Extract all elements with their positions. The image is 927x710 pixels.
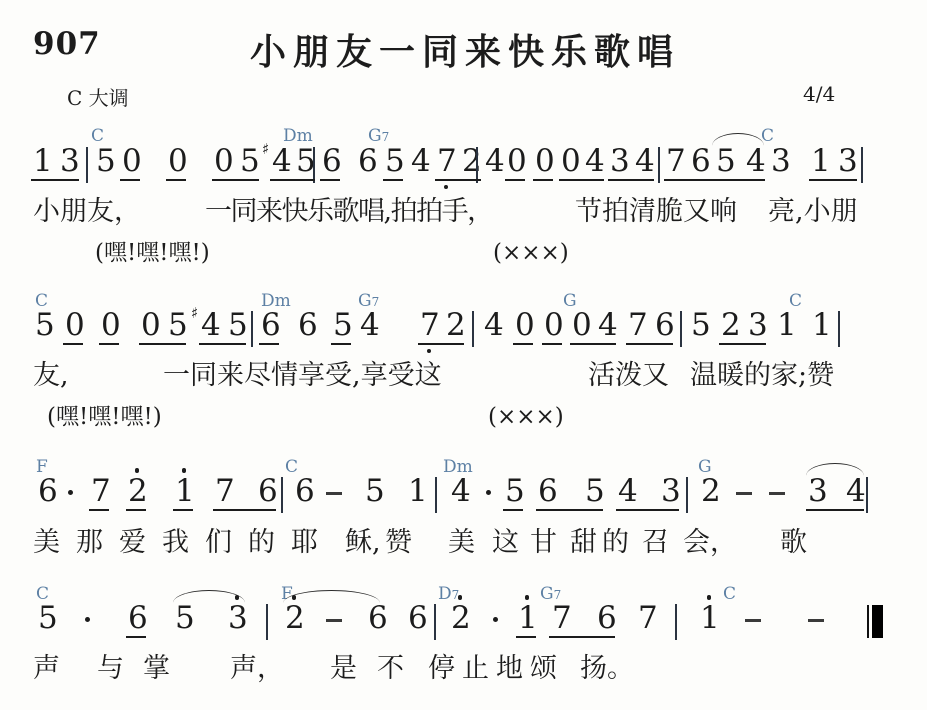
- note: 0: [141, 310, 159, 341]
- duration-dot: [68, 490, 73, 495]
- note: 4: [360, 310, 378, 341]
- lyric-syllable: 友,: [33, 361, 69, 391]
- note: 7: [215, 476, 233, 507]
- note: 2: [446, 310, 464, 341]
- barline: [686, 477, 688, 513]
- interjection-lyric: (嘿!嘿!嘿!): [47, 404, 162, 430]
- note: 1: [811, 146, 829, 177]
- barline: [476, 147, 478, 183]
- note: 7: [666, 146, 684, 177]
- note: 0: [572, 310, 590, 341]
- note: 6: [322, 146, 340, 177]
- beam-underline: [616, 509, 679, 511]
- beam-underline: [320, 179, 340, 181]
- duration-dash: [769, 492, 785, 495]
- note: 3: [748, 310, 766, 341]
- note: 3: [838, 146, 856, 177]
- beam-underline: [549, 636, 615, 638]
- barline: [86, 147, 88, 183]
- note: 2: [451, 603, 469, 634]
- sharp-accidental-icon: ♯: [191, 306, 198, 321]
- beam-underline: [559, 179, 604, 181]
- note: 7: [437, 146, 455, 177]
- note: 6: [38, 476, 56, 507]
- note: 6: [261, 310, 279, 341]
- note: 0: [544, 310, 562, 341]
- lyric-syllable: 歌: [780, 528, 807, 558]
- barline: [281, 477, 283, 513]
- note: 0: [101, 310, 119, 341]
- beam-underline: [99, 343, 119, 345]
- note: 6: [368, 603, 386, 634]
- lyric-syllable: 会，: [683, 528, 737, 558]
- lyric-syllable: 一同来快乐歌唱,拍拍手，: [205, 197, 493, 227]
- chord-seventh: 7: [382, 130, 390, 144]
- lyric-syllable: 的: [248, 528, 275, 558]
- note: 6: [128, 603, 146, 634]
- final-barline-thick: [872, 605, 883, 638]
- beam-underline: [166, 179, 186, 181]
- slur-arc: [173, 590, 245, 603]
- barline: [675, 604, 677, 640]
- interjection-lyric: (×××): [488, 404, 564, 430]
- beam-underline: [533, 179, 553, 181]
- beam-underline: [570, 343, 616, 345]
- note: 1: [812, 310, 830, 341]
- lyric-syllable: 与: [97, 654, 124, 684]
- note: 5: [35, 310, 53, 341]
- note: 3: [228, 603, 246, 634]
- note: 0: [515, 310, 533, 341]
- lyric-syllable: 们: [205, 528, 232, 558]
- note: 4: [618, 476, 636, 507]
- lyric-syllable: 颂: [530, 654, 557, 684]
- beam-underline: [435, 179, 481, 181]
- beam-underline: [89, 509, 109, 511]
- lyric-syllable: 声，: [230, 654, 284, 684]
- beam-underline: [626, 343, 673, 345]
- note: 6: [538, 476, 556, 507]
- beam-underline: [806, 509, 864, 511]
- note: 0: [507, 146, 525, 177]
- barline: [861, 147, 863, 183]
- lyric-syllable: 甘: [530, 528, 557, 558]
- beam-underline: [513, 343, 533, 345]
- note: 4: [484, 310, 502, 341]
- note: 6: [597, 603, 615, 634]
- lyric-syllable: 稣,: [345, 528, 381, 558]
- note: 4: [485, 146, 503, 177]
- barline: [313, 147, 315, 183]
- octave-dot-above: [182, 468, 187, 473]
- beam-underline: [63, 343, 83, 345]
- note: 4♯: [201, 310, 219, 341]
- octave-dot-above: [707, 595, 712, 600]
- lyric-syllable: 是: [330, 654, 357, 684]
- note: 5: [38, 603, 56, 634]
- lyric-syllable: 声: [33, 654, 60, 684]
- note: 3: [771, 146, 789, 177]
- note: 5: [365, 476, 383, 507]
- duration-dot: [486, 490, 491, 495]
- notation-area: CDmG7C13500054♯566547240004347654313小朋友，…: [0, 0, 927, 710]
- beam-underline: [608, 179, 654, 181]
- note: 2: [128, 476, 146, 507]
- note: 5: [716, 146, 734, 177]
- note: 5: [240, 146, 258, 177]
- note: 3: [610, 146, 628, 177]
- barline: [266, 604, 268, 640]
- note: 1: [518, 603, 536, 634]
- note: 4: [746, 146, 764, 177]
- lyric-syllable: 召: [642, 528, 669, 558]
- beam-underline: [418, 343, 464, 345]
- lyric-syllable: 止: [462, 654, 489, 684]
- beam-underline: [719, 343, 766, 345]
- lyric-syllable: 掌: [143, 654, 170, 684]
- lyric-syllable: 甜: [570, 528, 597, 558]
- beam-underline: [270, 179, 315, 181]
- note: 5: [585, 476, 603, 507]
- note: 4: [411, 146, 429, 177]
- beam-underline: [664, 179, 765, 181]
- beam-underline: [199, 343, 246, 345]
- note: 5: [228, 310, 246, 341]
- slur-arc: [283, 590, 380, 603]
- lyric-syllable: 温暖的家;赞: [690, 361, 834, 391]
- octave-dot-above: [135, 468, 140, 473]
- octave-dot-below: [427, 349, 432, 354]
- beam-underline: [212, 179, 259, 181]
- beam-underline: [809, 179, 857, 181]
- note: 1: [33, 146, 51, 177]
- octave-dot-below: [444, 185, 449, 190]
- note: 3: [661, 476, 679, 507]
- slur-arc: [806, 463, 864, 476]
- note: 0: [214, 146, 232, 177]
- note: 2: [285, 603, 303, 634]
- octave-dot-above: [525, 595, 530, 600]
- lyric-syllable: 亮,小朋: [768, 197, 858, 227]
- beam-underline: [31, 179, 79, 181]
- duration-dash: [745, 619, 761, 622]
- note: 4: [635, 146, 653, 177]
- duration-dash: [326, 619, 342, 622]
- note: 4: [846, 476, 864, 507]
- lyric-syllable: 爱: [119, 528, 146, 558]
- lyric-syllable: 扬。: [580, 654, 634, 684]
- beam-underline: [542, 343, 562, 345]
- note: 2: [701, 476, 719, 507]
- note: 4: [598, 310, 616, 341]
- lyric-syllable: 我: [162, 528, 189, 558]
- barline: [658, 147, 660, 183]
- note: 6: [408, 603, 426, 634]
- lyric-syllable: 节拍清脆又响: [575, 197, 737, 227]
- chord-label: C: [723, 584, 736, 604]
- note: 5: [385, 146, 403, 177]
- final-barline-thin: [867, 605, 869, 638]
- beam-underline: [536, 509, 603, 511]
- duration-dash: [326, 492, 342, 495]
- lyric-syllable: 赞: [385, 528, 412, 558]
- lyric-syllable: 这: [492, 528, 519, 558]
- duration-dash: [736, 492, 752, 495]
- lyric-syllable: 美: [33, 528, 60, 558]
- lyric-syllable: 的: [602, 528, 629, 558]
- note: 5: [168, 310, 186, 341]
- lyric-syllable: 那: [76, 528, 103, 558]
- note: 0: [122, 146, 140, 177]
- note: 7: [638, 603, 656, 634]
- lyric-syllable: 美: [448, 528, 475, 558]
- note: 0: [168, 146, 186, 177]
- duration-dot: [85, 617, 90, 622]
- lyric-syllable: 小朋友，: [33, 197, 141, 227]
- beam-underline: [516, 636, 536, 638]
- barline: [251, 311, 253, 347]
- note: 6: [258, 476, 276, 507]
- lyric-syllable: 地: [496, 654, 523, 684]
- barline: [472, 311, 474, 347]
- note: 6: [298, 310, 316, 341]
- interjection-lyric: (嘿!嘿!嘿!): [95, 240, 210, 266]
- slur-arc: [712, 133, 764, 146]
- note: 4♯: [272, 146, 290, 177]
- barline: [435, 477, 437, 513]
- note: 0: [535, 146, 553, 177]
- interjection-lyric: (×××): [493, 240, 569, 266]
- beam-underline: [331, 343, 351, 345]
- lyric-syllable: 不: [377, 654, 404, 684]
- note: 2: [721, 310, 739, 341]
- note: 6: [655, 310, 673, 341]
- barline: [866, 477, 868, 513]
- note: 6: [295, 476, 313, 507]
- note: 4: [451, 476, 469, 507]
- beam-underline: [503, 509, 523, 511]
- note: 6: [691, 146, 709, 177]
- note: 3: [60, 146, 78, 177]
- barline: [434, 604, 436, 640]
- note: 7: [420, 310, 438, 341]
- note: 5: [296, 146, 314, 177]
- note: 3: [808, 476, 826, 507]
- note: 5: [691, 310, 709, 341]
- sheet-music-page: 907 小朋友一同来快乐歌唱 C 大调 4/4 CDmG7C13500054♯5…: [0, 0, 927, 710]
- note: 0: [561, 146, 579, 177]
- lyric-syllable: 耶: [291, 528, 318, 558]
- note: 5: [505, 476, 523, 507]
- note: 1: [175, 476, 193, 507]
- beam-underline: [173, 509, 193, 511]
- note: 7: [628, 310, 646, 341]
- duration-dash: [808, 619, 824, 622]
- beam-underline: [383, 179, 403, 181]
- lyric-syllable: 活泼又: [588, 361, 669, 391]
- note: 5: [96, 146, 114, 177]
- beam-underline: [120, 179, 140, 181]
- note: 5: [175, 603, 193, 634]
- note: 1: [408, 476, 426, 507]
- note: 1: [700, 603, 718, 634]
- note: 6: [358, 146, 376, 177]
- note: 1: [777, 310, 795, 341]
- note: 7: [552, 603, 570, 634]
- note: 0: [65, 310, 83, 341]
- octave-dot-above: [458, 595, 463, 600]
- beam-underline: [126, 509, 146, 511]
- note: 7: [91, 476, 109, 507]
- note: 4: [585, 146, 603, 177]
- barline: [680, 311, 682, 347]
- sharp-accidental-icon: ♯: [262, 142, 269, 157]
- barline: [838, 311, 840, 347]
- beam-underline: [139, 343, 186, 345]
- note: 5: [333, 310, 351, 341]
- beam-underline: [213, 509, 276, 511]
- lyric-syllable: 一同来尽情享受,享受这: [163, 361, 442, 391]
- duration-dot: [493, 617, 498, 622]
- lyric-syllable: 停: [428, 654, 455, 684]
- beam-underline: [259, 343, 279, 345]
- beam-underline: [126, 636, 146, 638]
- beam-underline: [505, 179, 525, 181]
